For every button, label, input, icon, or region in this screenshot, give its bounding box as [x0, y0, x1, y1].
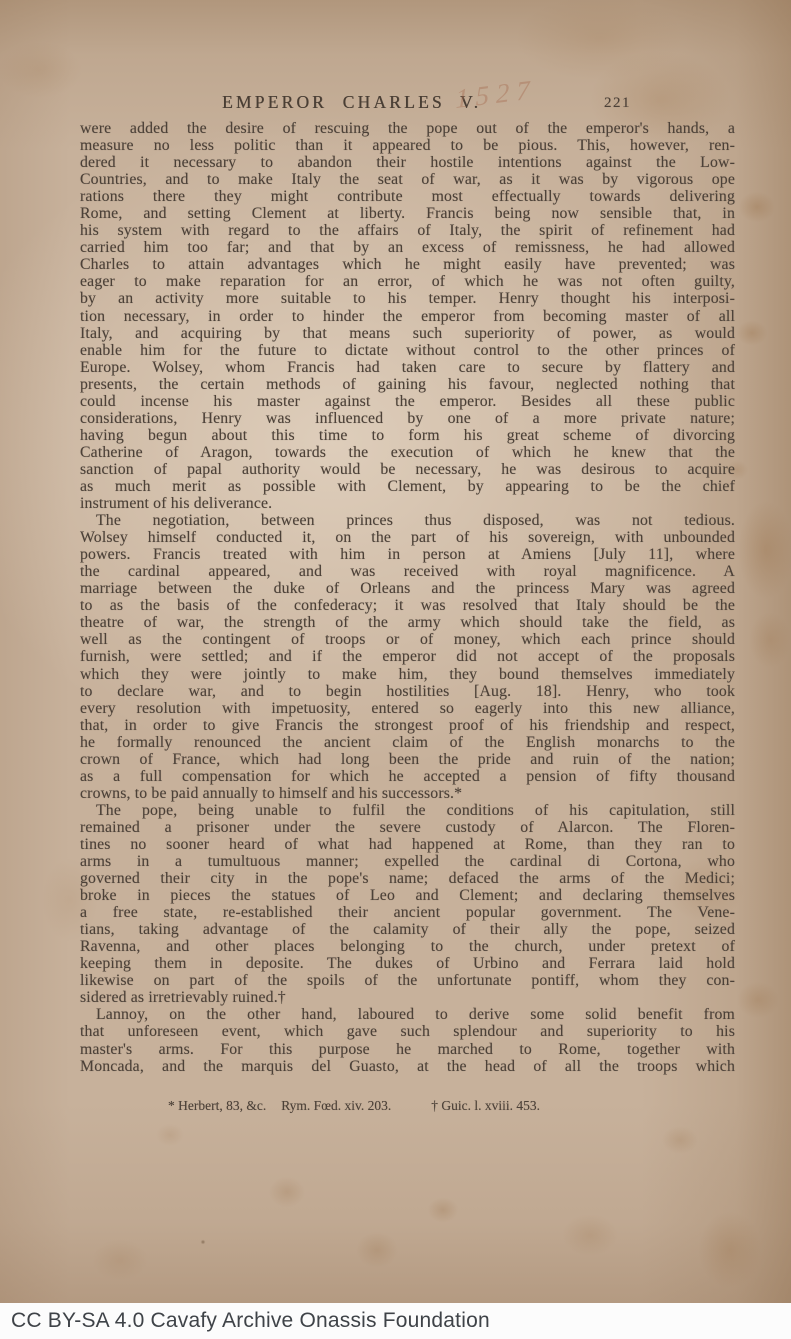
text-line: the cardinal appeared, and was received … — [80, 563, 735, 580]
text-line: The negotiation, between princes thus di… — [80, 512, 735, 529]
text-line: having begun about this time to form his… — [80, 427, 735, 444]
footnote-segment: Rym. Fœd. xiv. 203. — [281, 1098, 391, 1114]
text-line: governed their city in the pope's name; … — [80, 870, 735, 887]
text-line: Rome, and setting Clement at liberty. Fr… — [80, 205, 735, 222]
text-line: rations there they might contribute most… — [80, 188, 735, 205]
text-line: which they were jointly to make him, the… — [80, 666, 735, 683]
text-line: were added the desire of rescuing the po… — [80, 120, 735, 137]
page-number: 221 — [604, 95, 631, 112]
text-line: broke in pieces the statues of Leo and C… — [80, 887, 735, 904]
book-page-scan: EMPEROR CHARLES V. 1527 221 were added t… — [0, 0, 791, 1303]
footnote-segment: * Herbert, 83, &c. — [168, 1098, 266, 1114]
text-line: by an activity more suitable to his temp… — [80, 290, 735, 307]
text-line: Lannoy, on the other hand, laboured to d… — [80, 1006, 735, 1023]
text-line: dered it necessary to abandon their host… — [80, 154, 735, 171]
text-line: Italy, and acquiring by that means such … — [80, 325, 735, 342]
text-line: a free state, re-established their ancie… — [80, 904, 735, 921]
text-line: sanction of papal authority would be nec… — [80, 461, 735, 478]
text-line: tines no sooner heard of what had happen… — [80, 836, 735, 853]
text-line: tion necessary, in order to hinder the e… — [80, 308, 735, 325]
text-line: powers. Francis treated with him in pers… — [80, 546, 735, 563]
text-line: enable him for the future to dictate wit… — [80, 342, 735, 359]
paragraph: The pope, being unable to fulfil the con… — [80, 802, 735, 1007]
text-line: Countries, and to make Italy the seat of… — [80, 171, 735, 188]
text-line: Wolsey himself conducted it, on the part… — [80, 529, 735, 546]
text-line: The pope, being unable to fulfil the con… — [80, 802, 735, 819]
text-block: were added the desire of rescuing the po… — [80, 120, 735, 1075]
text-line: as a full compensation for which he acce… — [80, 768, 735, 785]
text-line: Ravenna, and other places belonging to t… — [80, 938, 735, 955]
text-line: eager to make reparation for an error, o… — [80, 273, 735, 290]
text-line: keeping them in deposite. The dukes of U… — [80, 955, 735, 972]
text-line: instrument of his deliverance. — [80, 495, 735, 512]
text-line: that, in order to give Francis the stron… — [80, 717, 735, 734]
footnote: * Herbert, 83, &c.Rym. Fœd. xiv. 203.† G… — [168, 1098, 540, 1114]
paragraph: were added the desire of rescuing the po… — [80, 120, 735, 512]
license-bar: CC BY-SA 4.0 Cavafy Archive Onassis Foun… — [0, 1303, 791, 1339]
footnote-segment: † Guic. l. xviii. 453. — [431, 1098, 540, 1114]
text-line: Catherine of Aragon, towards the executi… — [80, 444, 735, 461]
text-line: considerations, Henry was influenced by … — [80, 410, 735, 427]
text-line: as much merit as possible with Clement, … — [80, 478, 735, 495]
text-line: carried him too far; and that by an exce… — [80, 239, 735, 256]
license-text: CC BY-SA 4.0 Cavafy Archive Onassis Foun… — [11, 1309, 490, 1333]
text-line: arms in a tumultuous manner; expelled th… — [80, 853, 735, 870]
text-line: every resolution with impetuosity, enter… — [80, 700, 735, 717]
text-line: to declare war, and to begin hostilities… — [80, 683, 735, 700]
text-line: his system with regard to the affairs of… — [80, 222, 735, 239]
text-line: crown of France, which had long been the… — [80, 751, 735, 768]
paragraph: Lannoy, on the other hand, laboured to d… — [80, 1006, 735, 1074]
text-line: Moncada, and the marquis del Guasto, at … — [80, 1058, 735, 1075]
text-line: measure no less politic than it appeared… — [80, 137, 735, 154]
text-line: crowns, to be paid annually to himself a… — [80, 785, 735, 802]
text-line: marriage between the duke of Orleans and… — [80, 580, 735, 597]
text-line: could incense his master against the emp… — [80, 393, 735, 410]
text-line: Charles to attain advantages which he mi… — [80, 256, 735, 273]
text-line: tians, taking advantage of the calamity … — [80, 921, 735, 938]
screenshot: EMPEROR CHARLES V. 1527 221 were added t… — [0, 0, 791, 1339]
text-line: he formally renounced the ancient claim … — [80, 734, 735, 751]
text-line: remained a prisoner under the severe cus… — [80, 819, 735, 836]
text-line: sidered as irretrievably ruined.† — [80, 989, 735, 1006]
text-line: presents, the certain methods of gaining… — [80, 376, 735, 393]
handwritten-year: 1527 — [455, 74, 537, 115]
text-line: that unforeseen event, which gave such s… — [80, 1023, 735, 1040]
text-line: likewise on part of the spoils of the un… — [80, 972, 735, 989]
page-title: EMPEROR CHARLES V. — [222, 92, 481, 113]
paragraph: The negotiation, between princes thus di… — [80, 512, 735, 802]
text-line: to as the basis of the confederacy; it w… — [80, 597, 735, 614]
text-line: well as the contingent of troops or of m… — [80, 631, 735, 648]
text-line: furnish, were settled; and if the empero… — [80, 648, 735, 665]
text-line: master's arms. For this purpose he march… — [80, 1041, 735, 1058]
text-line: theatre of war, the strength of the army… — [80, 614, 735, 631]
text-line: Europe. Wolsey, whom Francis had taken c… — [80, 359, 735, 376]
